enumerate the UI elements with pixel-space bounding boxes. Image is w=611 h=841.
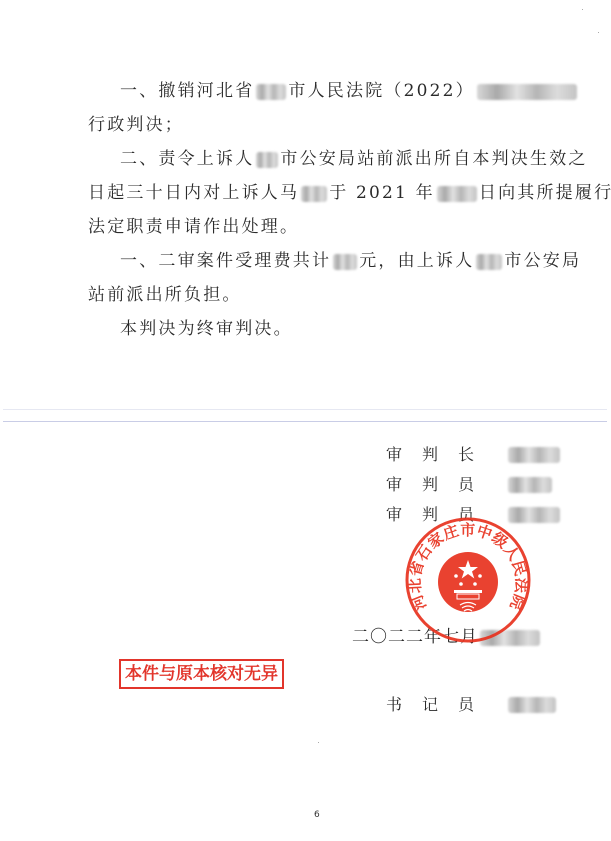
redacted-case-number	[477, 84, 577, 100]
label-char: 员	[458, 695, 494, 715]
text: 一、二审案件受理费共计	[120, 251, 331, 271]
text: 本判决为终审判决。	[120, 319, 293, 339]
text: 元，由上诉人	[359, 251, 474, 271]
label-char: 判	[422, 475, 458, 495]
text: 法定职责申请作出处理。	[88, 217, 299, 237]
document-page: 一、撤销河北省市人民法院（2022） 行政判决； 二、责令上诉人市公安局站前派出…	[0, 0, 611, 841]
verdict-item-2-line-2: 日起三十日内对上诉人马于 2021 年日向其所提履行	[88, 183, 611, 203]
label-char: 审	[386, 445, 422, 465]
label-char: 书	[386, 695, 422, 715]
text: 一、撤销河北省	[120, 81, 254, 101]
text: 市公安局	[504, 251, 581, 271]
verdict-item-2-line-1: 二、责令上诉人市公安局站前派出所自本判决生效之	[120, 149, 588, 169]
final-judgment-line: 本判决为终审判决。	[120, 319, 293, 339]
signature-row-judge-1: 审判员	[386, 475, 494, 495]
signature-row-clerk: 书记员	[386, 695, 494, 715]
redacted-name	[301, 186, 327, 202]
redacted-fee	[333, 254, 357, 270]
label-char: 判	[422, 445, 458, 465]
redacted-judge-name	[508, 447, 560, 463]
scan-divider-line	[3, 409, 607, 410]
text: 日向其所提履行	[479, 183, 611, 203]
fee-line-1: 一、二审案件受理费共计元，由上诉人市公安局	[120, 251, 581, 271]
redacted-judge-name	[508, 477, 552, 493]
redacted-city	[256, 84, 286, 100]
text: 日起三十日内对上诉人马	[88, 183, 299, 203]
redacted-city	[476, 254, 502, 270]
redacted-city	[256, 152, 278, 168]
redacted-date	[437, 186, 477, 202]
certified-copy-stamp: 本件与原本核对无异	[119, 659, 284, 689]
page-number: 6	[314, 810, 320, 820]
signature-row-presiding-judge: 审判长	[386, 445, 494, 465]
text: 市人民法院（2022）	[288, 81, 474, 101]
verdict-item-1-line-2: 行政判决；	[88, 115, 184, 135]
verdict-item-1-line-1: 一、撤销河北省市人民法院（2022）	[120, 81, 579, 101]
scan-speck	[598, 32, 599, 33]
label-char: 审	[386, 475, 422, 495]
label-char: 员	[458, 475, 494, 495]
label-char: 长	[458, 445, 494, 465]
text: 二、责令上诉人	[120, 149, 254, 169]
scan-speck	[582, 9, 583, 10]
text: 站前派出所负担。	[88, 285, 242, 305]
redacted-clerk-name	[508, 697, 556, 713]
text: 于 2021 年	[329, 183, 435, 203]
scan-speck	[318, 742, 319, 743]
scan-divider-line	[3, 421, 607, 422]
label-char: 记	[422, 695, 458, 715]
verdict-item-2-line-3: 法定职责申请作出处理。	[88, 217, 299, 237]
fee-line-2: 站前派出所负担。	[88, 285, 242, 305]
court-seal-icon: 河北省石家庄市中级人民法院	[404, 514, 532, 646]
text: 行政判决；	[88, 115, 184, 135]
text: 市公安局站前派出所自本判决生效之	[280, 149, 587, 169]
